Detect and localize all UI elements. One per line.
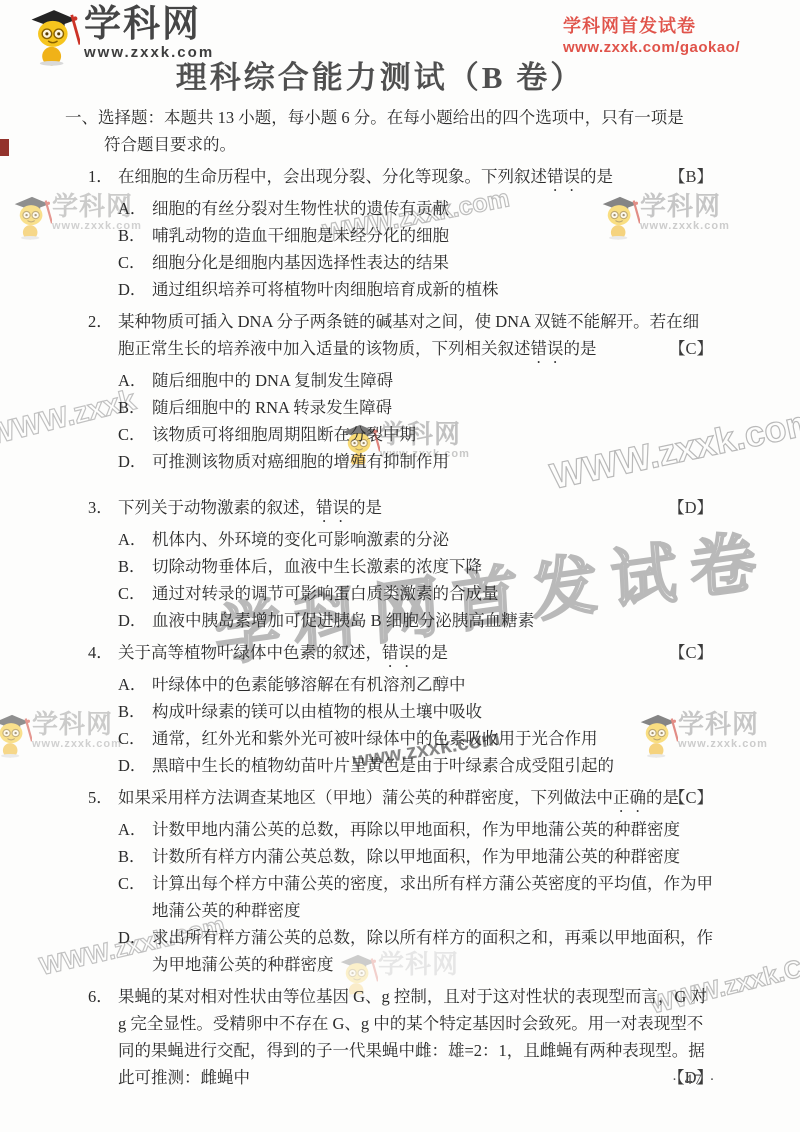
question-stem: 3．下列关于动物激素的叙述，错误的是【D】 [88, 494, 713, 526]
answer-badge: 【B】 [699, 163, 713, 190]
option-C: C．细胞分化是细胞内基因选择性表达的结果 [118, 249, 713, 276]
option-A: A．计数甲地内蒲公英的总数，再除以甲地面积，作为甲地蒲公英的种群密度 [118, 816, 713, 843]
option-A: A．机体内、外环境的变化可影响激素的分泌 [118, 526, 713, 553]
question-number: 4． [88, 639, 118, 666]
option-C: C．通常，红外光和紫外光可被叶绿体中的色素吸收用于光合作用 [118, 725, 713, 752]
option-D: D．求出所有样方蒲公英的总数，除以所有样方的面积之和，再乘以甲地面积，作为甲地蒲… [118, 924, 713, 978]
option-A: A．随后细胞中的 DNA 复制发生障碍 [118, 367, 713, 394]
section-heading-cont: 符合题目要求的。 [65, 131, 713, 158]
option-B: B．计数所有样方内蒲公英总数，除以甲地面积，作为甲地蒲公英的种群密度 [118, 843, 713, 870]
option-list: A．机体内、外环境的变化可影响激素的分泌B．切除动物垂体后，血液中生长激素的浓度… [118, 526, 713, 634]
page-number: · 47 · [672, 1072, 717, 1089]
question-number: 1． [88, 163, 118, 190]
question-number: 5． [88, 784, 118, 811]
site-name: 学科网 [84, 4, 214, 44]
option-list: A．细胞的有丝分裂对生物性状的遗传有贡献B．哺乳动物的造血干细胞是未经分化的细胞… [118, 195, 713, 303]
question: 6．果蝇的某对相对性状由等位基因 G、g 控制，且对于这对性状的表现型而言，G … [88, 983, 713, 1091]
answer-badge: 【C】 [699, 639, 713, 666]
question: 1．在细胞的生命历程中，会出现分裂、分化等现象。下列叙述错误的是【B】 A．细胞… [88, 163, 713, 303]
question-number: 6． [88, 983, 118, 1010]
exam-content: 一、选择题：本题共 13 小题，每小题 6 分。在每小题给出的四个选项中，只有一… [65, 104, 713, 1091]
banner-title: 学科网首发试卷 [563, 16, 740, 37]
option-list: A．随后细胞中的 DNA 复制发生障碍B．随后细胞中的 RNA 转录发生障碍C．… [118, 367, 713, 475]
option-list: A．叶绿体中的色素能够溶解在有机溶剂乙醇中B．构成叶绿素的镁可以由植物的根从土壤… [118, 671, 713, 779]
option-C: C．通过对转录的调节可影响蛋白质类激素的合成量 [118, 580, 713, 607]
question-number: 3． [88, 494, 118, 521]
question: 2．某种物质可插入 DNA 分子两条链的碱基对之间，使 DNA 双链不能解开。若… [88, 308, 713, 475]
page-title: 理科综合能力测试（B 卷） [0, 52, 760, 97]
question-stem: 4．关于高等植物叶绿体中色素的叙述，错误的是【C】 [88, 639, 713, 671]
option-D: D．通过组织培养可将植物叶肉细胞培育成新的植株 [118, 276, 713, 303]
section-heading: 一、选择题：本题共 13 小题，每小题 6 分。在每小题给出的四个选项中，只有一… [65, 104, 713, 131]
questions: 1．在细胞的生命历程中，会出现分裂、分化等现象。下列叙述错误的是【B】 A．细胞… [65, 163, 713, 1091]
option-D: D．可推测该物质对癌细胞的增殖有抑制作用 [118, 448, 713, 475]
graduate-mascot-icon [12, 192, 52, 245]
question-stem: 6．果蝇的某对相对性状由等位基因 G、g 控制，且对于这对性状的表现型而言，G … [88, 983, 713, 1091]
option-A: A．叶绿体中的色素能够溶解在有机溶剂乙醇中 [118, 671, 713, 698]
question: 5．如果采用样方法调查某地区（甲地）蒲公英的种群密度，下列做法中正确的是【C】 … [88, 784, 713, 978]
graduate-mascot-icon [0, 710, 32, 763]
answer-badge: 【C】 [699, 335, 713, 362]
option-B: B．随后细胞中的 RNA 转录发生障碍 [118, 394, 713, 421]
question: 4．关于高等植物叶绿体中色素的叙述，错误的是【C】 A．叶绿体中的色素能够溶解在… [88, 639, 713, 779]
answer-badge: 【D】 [698, 494, 713, 521]
option-D: D．黑暗中生长的植物幼苗叶片呈黄色是由于叶绿素合成受阻引起的 [118, 752, 713, 779]
option-B: B．构成叶绿素的镁可以由植物的根从土壤中吸收 [118, 698, 713, 725]
option-B: B．哺乳动物的造血干细胞是未经分化的细胞 [118, 222, 713, 249]
red-edge-mark [0, 139, 9, 156]
option-D: D．血液中胰岛素增加可促进胰岛 B 细胞分泌胰高血糖素 [118, 607, 713, 634]
question: 3．下列关于动物激素的叙述，错误的是【D】 A．机体内、外环境的变化可影响激素的… [88, 494, 713, 634]
question-stem: 1．在细胞的生命历程中，会出现分裂、分化等现象。下列叙述错误的是【B】 [88, 163, 713, 195]
option-A: A．细胞的有丝分裂对生物性状的遗传有贡献 [118, 195, 713, 222]
option-B: B．切除动物垂体后，血液中生长激素的浓度下降 [118, 553, 713, 580]
answer-badge: 【C】 [699, 784, 713, 811]
question-number: 2． [88, 308, 118, 335]
option-C: C．计算出每个样方中蒲公英的密度，求出所有样方蒲公英密度的平均值，作为甲地蒲公英… [118, 870, 713, 924]
option-list: A．计数甲地内蒲公英的总数，再除以甲地面积，作为甲地蒲公英的种群密度B．计数所有… [118, 816, 713, 978]
exam-paper-page: 学科网 www.zxxk.com 学科网首发试卷 www.zxxk.com/ga… [0, 0, 800, 1132]
option-C: C．该物质可将细胞周期阻断在分裂中期 [118, 421, 713, 448]
question-stem: 2．某种物质可插入 DNA 分子两条链的碱基对之间，使 DNA 双链不能解开。若… [88, 308, 713, 367]
question-stem: 5．如果采用样方法调查某地区（甲地）蒲公英的种群密度，下列做法中正确的是【C】 [88, 784, 713, 816]
